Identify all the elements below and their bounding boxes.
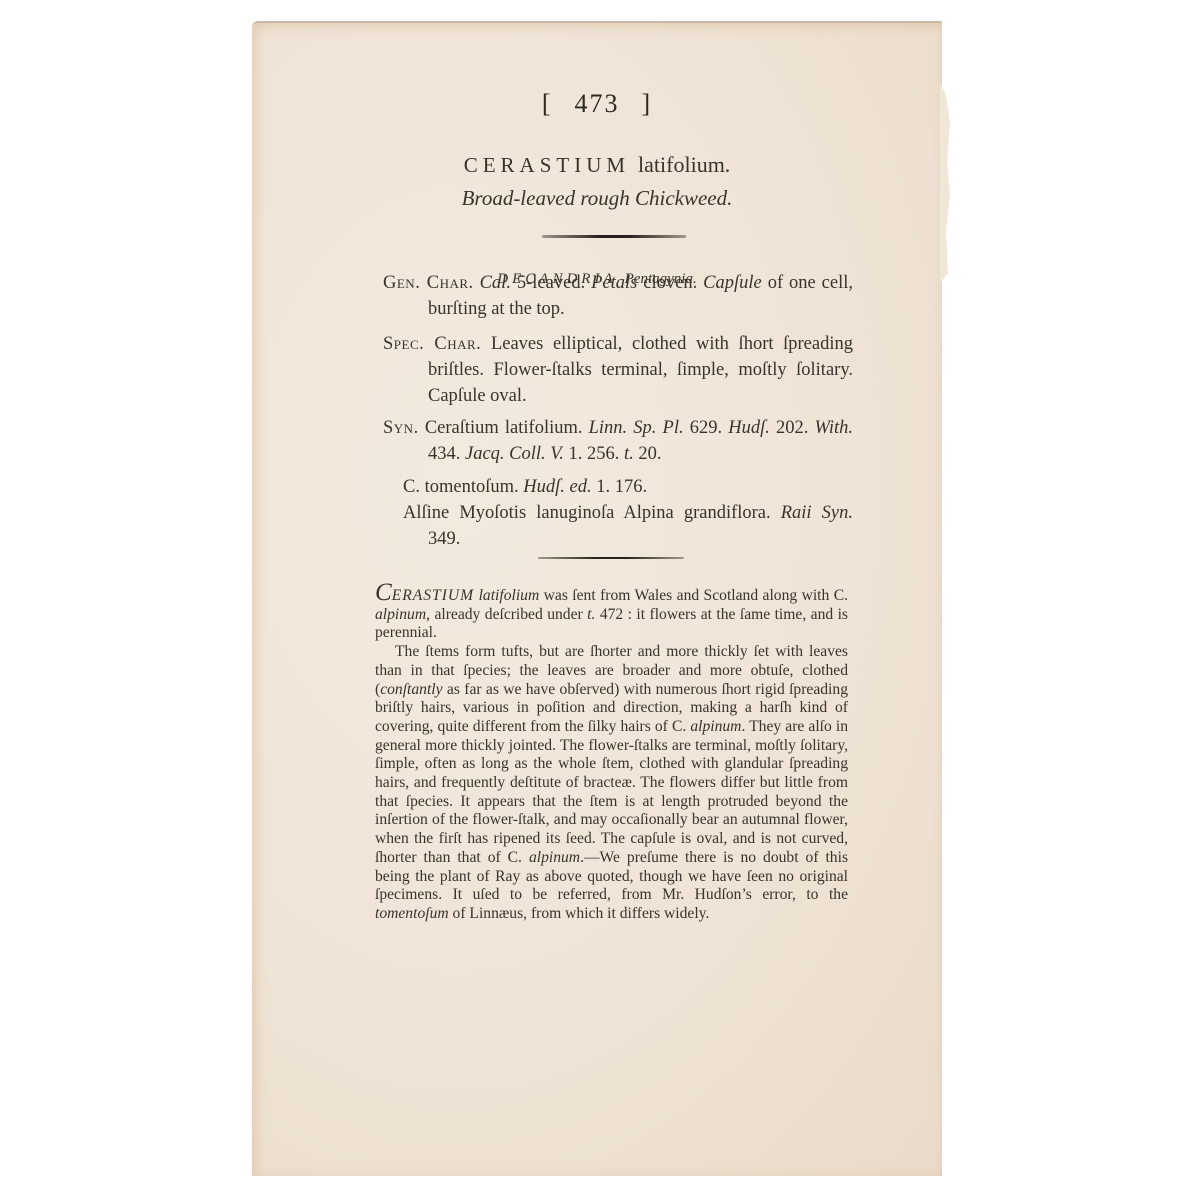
p2-text: alpinum [690,718,741,735]
p1-text: alpinum [375,606,426,623]
p2-text: conſtantly [380,681,442,698]
close-bracket: ] [642,89,653,118]
description-paragraph: The ſtems form tufts, but are ſhorter an… [375,643,848,924]
common-name: Broad-leaved rough Chickweed. [252,186,942,211]
gen-char-text: cloven. [637,273,703,293]
syn-text: Linn. Sp. Pl. [589,418,684,438]
p2-text: . They are alſo in general more thickly … [375,718,848,866]
description-body: CERASTIUM latifolium was ſent from Wales… [375,584,848,924]
gen-char-text: Cal. [480,273,511,293]
syn3-text: 349. [428,529,460,549]
gen-char-text: Petals [591,273,637,293]
genus-name: CERASTIUM [464,153,630,177]
syn-text: With. [814,418,853,438]
open-bracket: [ [542,89,553,118]
folio-number: 473 [575,89,620,118]
p2-text: tomentoſum [375,905,449,922]
syn2-text: Hudſ. ed. [523,477,591,497]
syn-text: 202. [770,418,815,438]
syn-text: 1. 256. [564,444,624,464]
syn-label: Syn. [383,418,419,438]
syn-text: Hudſ. [728,418,770,438]
page-number: [473] [252,89,942,119]
species-name: latifolium. [638,152,730,177]
syn-text: Ceraſtium latifolium. [419,418,589,438]
gen-char-text: Capſule [703,273,762,293]
description-paragraph: CERASTIUM latifolium was ſent from Wales… [375,584,848,643]
p1-text: was ſent from Wales and Scotland along w… [539,587,848,604]
syn-text: 629. [684,418,729,438]
p1-text: , already deſcribed under [426,606,587,623]
synonym-alsine: Alſine Myoſotis lanuginoſa Alpina grandi… [403,500,853,552]
species-title: CERASTIUMlatifolium. [252,152,942,178]
specific-character: Spec. Char. Leaves elliptical, clothed w… [383,331,853,409]
syn-text: 20. [634,444,662,464]
spec-char-text: Leaves elliptical, clothed with ſhort ſp… [428,334,853,406]
gen-char-label: Gen. Char. [383,273,474,293]
syn2-text: C. tomentoſum. [403,477,523,497]
p1-text: ERASTIUM [392,587,475,604]
syn-text: t. [624,444,634,464]
p2-text: of Linnæus, from which it differs widely… [449,905,710,922]
syn-text: 434. [428,444,465,464]
syn3-text: Raii Syn. [781,503,853,523]
p1-text: latifolium [474,587,539,604]
drop-cap: C [375,579,392,606]
spec-char-label: Spec. Char. [383,334,481,354]
syn-text: Jacq. Coll. V. [465,444,564,464]
synonymy: Syn. Ceraſtium latifolium. Linn. Sp. Pl.… [383,415,853,467]
gen-char-text: 5-leaved. [511,273,591,293]
syn3-text: Alſine Myoſotis lanuginoſa Alpina grandi… [403,503,781,523]
ornamental-rule [542,235,686,238]
ornamental-rule [538,557,684,559]
synonym-tomentosum: C. tomentoſum. Hudſ. ed. 1. 176. [403,474,853,500]
syn2-text: 1. 176. [592,477,648,497]
generic-character: Gen. Char. Cal. 5-leaved. Petals cloven.… [383,270,853,322]
p2-text: alpinum [529,849,580,866]
